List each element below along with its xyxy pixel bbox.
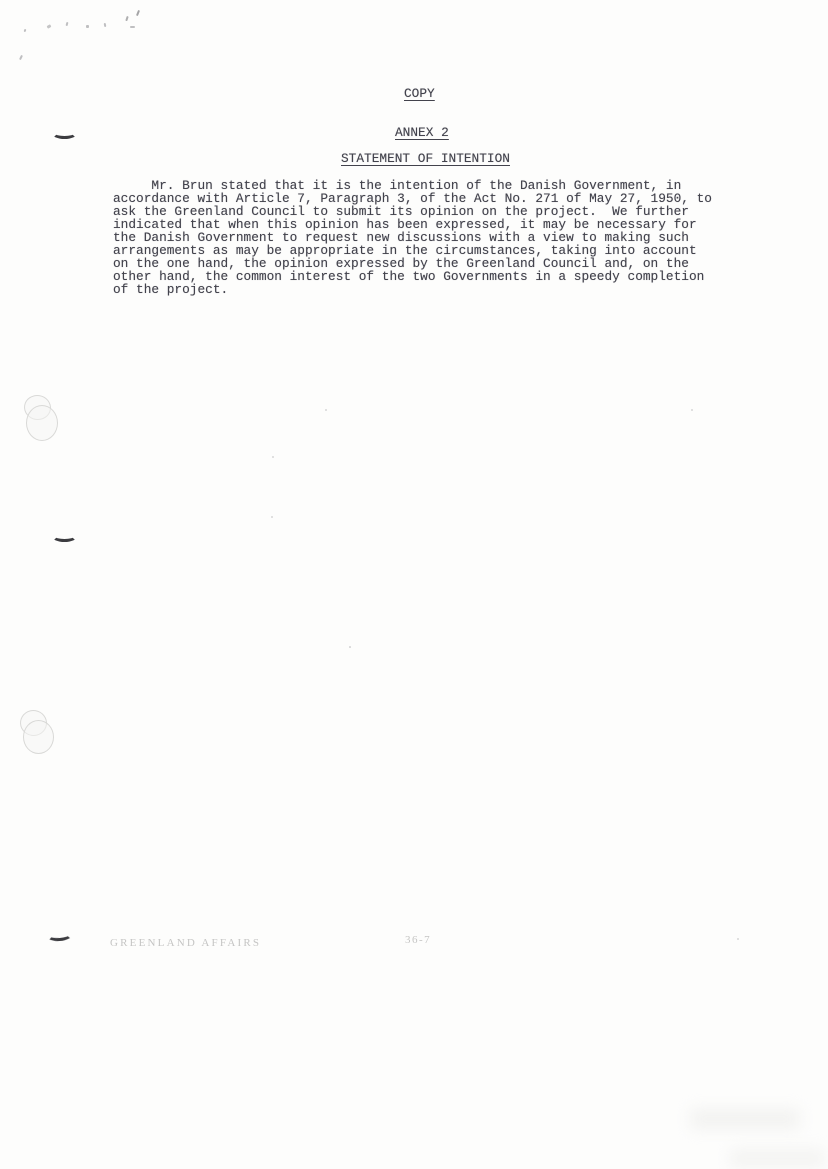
dust-speck xyxy=(325,409,327,411)
pencil-mark xyxy=(47,24,52,29)
statement-title-header: STATEMENT OF INTENTION xyxy=(341,152,510,165)
pencil-mark xyxy=(86,25,89,28)
annex-header: ANNEX 2 xyxy=(395,126,449,139)
margin-dash-mark xyxy=(52,531,77,542)
document-page: COPY ANNEX 2 STATEMENT OF INTENTION Mr. … xyxy=(0,0,828,1169)
pencil-mark xyxy=(104,23,107,27)
pencil-mark xyxy=(19,55,23,60)
hole-punch-mark xyxy=(26,405,58,441)
scan-smudge xyxy=(730,1148,825,1169)
body-paragraph: Mr. Brun stated that it is the intention… xyxy=(113,179,717,296)
dust-speck xyxy=(271,516,273,518)
hole-punch-mark xyxy=(23,720,54,754)
margin-dash-mark xyxy=(52,128,77,139)
pencil-mark xyxy=(24,29,27,33)
pencil-mark xyxy=(130,26,135,28)
copy-header: COPY xyxy=(404,87,435,100)
footer-left-stamp: GREENLAND AFFAIRS xyxy=(110,937,261,949)
dust-speck xyxy=(737,938,739,940)
pencil-mark xyxy=(125,16,128,21)
scan-smudge xyxy=(690,1108,800,1130)
pencil-mark xyxy=(66,22,69,26)
dust-speck xyxy=(691,409,693,411)
footer-page-stamp: 36-7 xyxy=(405,934,431,946)
dust-speck xyxy=(349,646,351,648)
dust-speck xyxy=(272,456,274,458)
pencil-mark xyxy=(136,10,140,16)
margin-dash-mark xyxy=(47,929,73,942)
